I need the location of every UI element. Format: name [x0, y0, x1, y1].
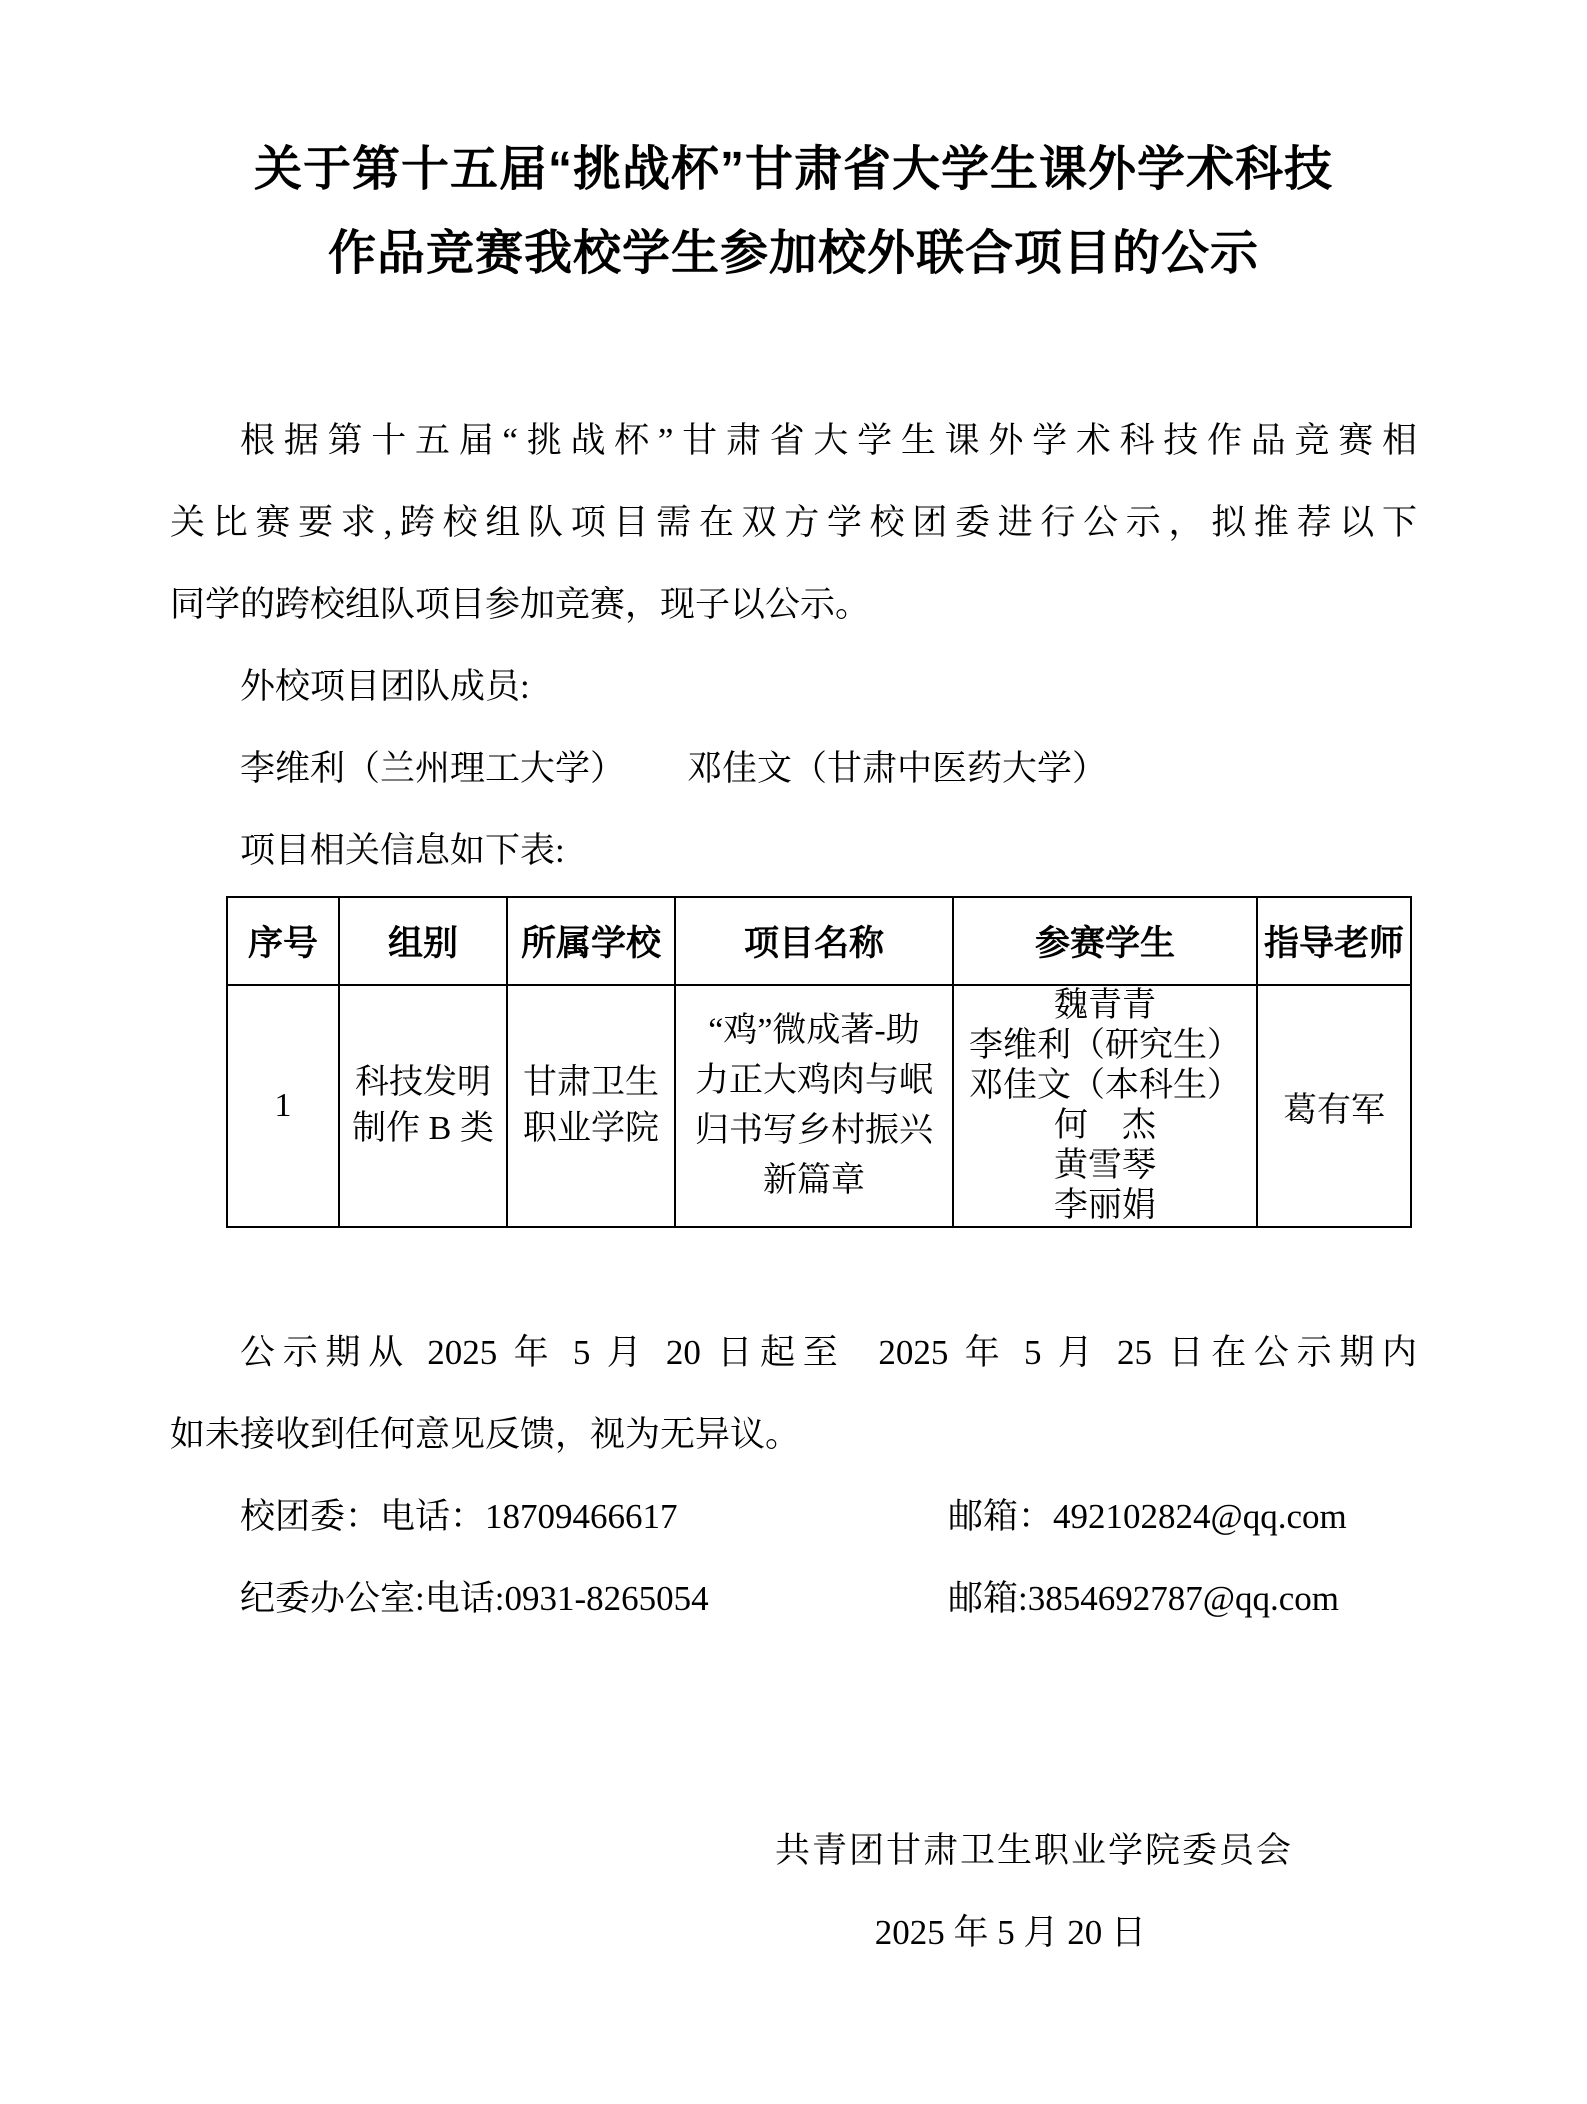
- student-5: 黄雪琴: [958, 1146, 1252, 1186]
- team-members-line: 李维利（兰州理工大学）邓佳文（甘肃中医药大学）: [170, 728, 1417, 810]
- closing-section: 公示期从 2025 年 5 月 20 日起至 2025 年 5 月 25 日在公…: [170, 1312, 1417, 1476]
- signature-section: 共青团甘肃卫生职业学院委员会 2025 年 5 月 20 日: [170, 1810, 1417, 1974]
- contacts-section: 校团委：电话：18709466617 邮箱：492102824@qq.com 纪…: [170, 1476, 1417, 1640]
- project-table: 序号 组别 所属学校 项目名称 参赛学生 指导老师 1 科技发明 制作 B 类 …: [226, 896, 1412, 1228]
- youth-league-phone: 校团委：电话：18709466617: [240, 1497, 678, 1536]
- project-line-2: 力正大鸡肉与岷: [680, 1056, 948, 1106]
- team-members-label: 外校项目团队成员:: [170, 646, 1417, 728]
- project-line-3: 归书写乡村振兴: [680, 1106, 948, 1156]
- intro-section: 根据第十五届“挑战杯”甘肃省大学生课外学术科技作品竞赛相 关比赛要求,跨校组队项…: [170, 400, 1417, 892]
- cell-school: 甘肃卫生 职业学院: [507, 985, 675, 1227]
- student-4: 何 杰: [958, 1106, 1252, 1146]
- header-students: 参赛学生: [953, 897, 1257, 985]
- discipline-office-phone: 纪委办公室:电话:0931-8265054: [240, 1579, 709, 1618]
- student-1: 魏青青: [958, 986, 1252, 1026]
- table-intro-label: 项目相关信息如下表:: [170, 810, 1417, 892]
- intro-line-3: 同学的跨校组队项目参加竞赛，现子以公示。: [170, 564, 1417, 646]
- signature-org: 共青团甘肃卫生职业学院委员会: [170, 1810, 1417, 1892]
- group-line-1: 科技发明: [344, 1060, 502, 1106]
- intro-line-2: 关比赛要求,跨校组队项目需在双方学校团委进行公示，拟推荐以下: [170, 482, 1417, 564]
- cell-index: 1: [227, 985, 339, 1227]
- cell-group: 科技发明 制作 B 类: [339, 985, 507, 1227]
- discipline-office-email: 邮箱:3854692787@qq.com: [948, 1558, 1339, 1640]
- youth-league-email: 邮箱：492102824@qq.com: [948, 1476, 1347, 1558]
- project-line-1: “鸡”微成著-助: [680, 1006, 948, 1056]
- title-line-1: 关于第十五届“挑战杯”甘肃省大学生课外学术科技: [170, 128, 1417, 212]
- group-line-2: 制作 B 类: [344, 1106, 502, 1152]
- header-project: 项目名称: [675, 897, 953, 985]
- student-6: 李丽娟: [958, 1186, 1252, 1226]
- document-title: 关于第十五届“挑战杯”甘肃省大学生课外学术科技 作品竞赛我校学生参加校外联合项目…: [170, 0, 1417, 296]
- student-3: 邓佳文（本科生）: [958, 1066, 1252, 1106]
- header-group: 组别: [339, 897, 507, 985]
- school-line-1: 甘肃卫生: [512, 1060, 670, 1106]
- intro-line-1: 根据第十五届“挑战杯”甘肃省大学生课外学术科技作品竞赛相: [170, 400, 1417, 482]
- signature-date: 2025 年 5 月 20 日: [170, 1892, 1417, 1974]
- table-row: 1 科技发明 制作 B 类 甘肃卫生 职业学院 “鸡”微成著-助 力正大鸡肉与岷…: [227, 985, 1411, 1227]
- document-page: 关于第十五届“挑战杯”甘肃省大学生课外学术科技 作品竞赛我校学生参加校外联合项目…: [0, 0, 1587, 1974]
- table-header-row: 序号 组别 所属学校 项目名称 参赛学生 指导老师: [227, 897, 1411, 985]
- header-index: 序号: [227, 897, 339, 985]
- header-advisor: 指导老师: [1257, 897, 1411, 985]
- header-school: 所属学校: [507, 897, 675, 985]
- contact-line-youth-league: 校团委：电话：18709466617 邮箱：492102824@qq.com: [170, 1476, 1417, 1558]
- closing-line-2: 如未接收到任何意见反馈，视为无异议。: [170, 1394, 1417, 1476]
- closing-line-1: 公示期从 2025 年 5 月 20 日起至 2025 年 5 月 25 日在公…: [170, 1312, 1417, 1394]
- member-2: 邓佳文（甘肃中医药大学）: [687, 749, 1107, 788]
- title-line-2: 作品竞赛我校学生参加校外联合项目的公示: [170, 212, 1417, 296]
- cell-students: 魏青青 李维利（研究生） 邓佳文（本科生） 何 杰 黄雪琴 李丽娟: [953, 985, 1257, 1227]
- cell-advisor: 葛有军: [1257, 985, 1411, 1227]
- project-line-4: 新篇章: [680, 1156, 948, 1206]
- member-1: 李维利（兰州理工大学）: [240, 749, 625, 788]
- student-2: 李维利（研究生）: [958, 1026, 1252, 1066]
- school-line-2: 职业学院: [512, 1106, 670, 1152]
- contact-line-discipline-office: 纪委办公室:电话:0931-8265054 邮箱:3854692787@qq.c…: [170, 1558, 1417, 1640]
- cell-project-name: “鸡”微成著-助 力正大鸡肉与岷 归书写乡村振兴 新篇章: [675, 985, 953, 1227]
